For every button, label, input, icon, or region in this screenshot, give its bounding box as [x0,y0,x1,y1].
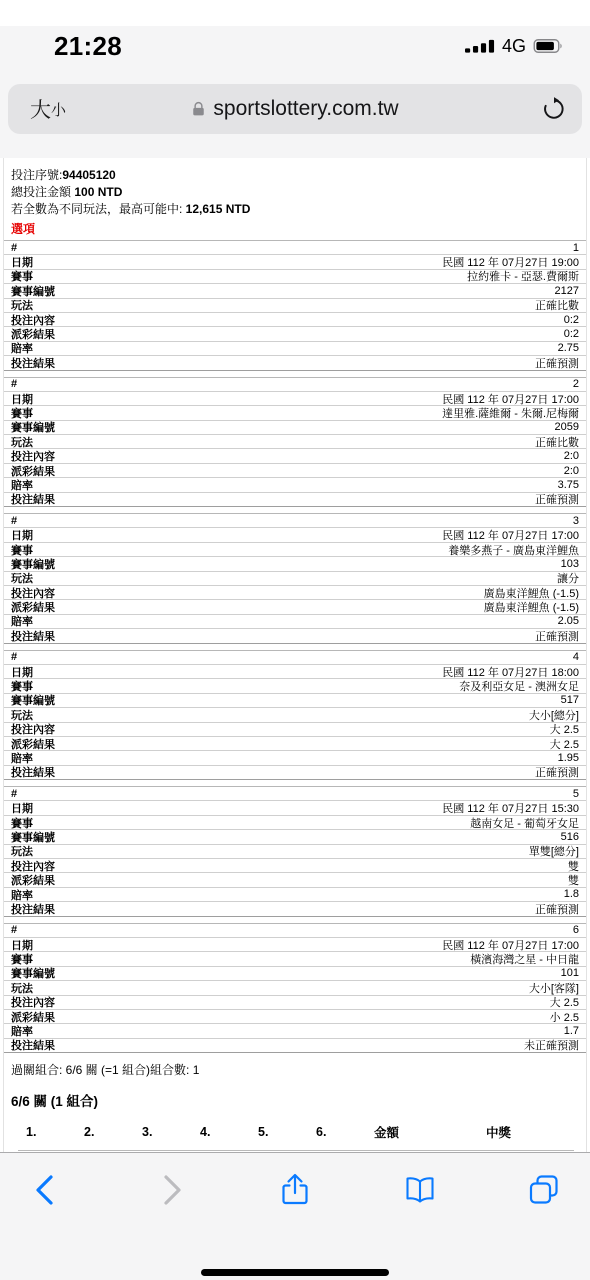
field-label: 賠率 [11,615,33,629]
total-line: 總投注金額 100 NTD [4,184,586,201]
field-label: 日期 [11,665,33,679]
combo-col-header: 3. [142,1125,200,1139]
total-value: 100 NTD [74,185,122,199]
text-size-big-label: 大 [30,94,51,124]
parlay-summary-line: 過關組合: 6/6 關 (=1 組合)組合數: 1 [4,1061,586,1078]
field-label: 賽事編號 [11,284,55,298]
bet-block-2: #2 日期民國 112 年 07月27日 17:00 賽事達里雅.薩維爾 - 朱… [4,377,586,508]
field-value: 1.8 [564,888,579,900]
combo-col-header: 金額 [374,1123,486,1141]
field-value: 廣島東洋鯉魚 (-1.5) [484,600,579,614]
serial-label: 投注序號: [11,168,62,182]
field-value: 達里雅.薩維爾 - 朱爾.尼梅爾 [442,406,579,420]
field-label: # [11,924,17,936]
field-value: 1 [573,242,579,254]
combo-col-header: 6. [316,1125,374,1139]
field-value: 正確預測 [535,629,579,643]
field-label: 日期 [11,255,33,269]
field-value: 517 [561,694,579,706]
field-label: # [11,515,17,527]
combo-table-header: 1. 2. 3. 4. 5. 6. 金額 中獎 [4,1110,586,1150]
bet-report: 投注序號:94405120 總投注金額 100 NTD 若全數為不同玩法，最高可… [3,158,587,1152]
field-label: 賽事 [11,816,33,830]
signal-strength-icon [465,39,495,53]
field-label: 玩法 [11,845,33,859]
field-label: 賽事編號 [11,557,55,571]
home-indicator[interactable] [201,1269,389,1276]
field-label: 賠率 [11,478,33,492]
field-label: 派彩結果 [11,737,55,751]
text-size-small-label: 小 [51,99,66,120]
bet-block-3: #3 日期民國 112 年 07月27日 17:00 賽事養樂多燕子 - 廣島東… [4,513,586,644]
address-bar[interactable]: 大小 sportslottery.com.tw [8,84,582,134]
field-value: 0:2 [564,314,579,326]
tabs-icon [526,1172,562,1208]
field-label: 玩法 [11,299,33,313]
max-win-label: 若全數為不同玩法，最高可能中: [11,202,186,216]
field-value: 2 [573,378,579,390]
field-label: 派彩結果 [11,327,55,341]
field-value: 3 [573,515,579,527]
field-label: 派彩結果 [11,873,55,887]
field-label: 賽事 [11,543,33,557]
field-label: # [11,378,17,390]
field-label: 日期 [11,801,33,815]
field-value: 2059 [555,421,579,433]
field-value: 大 2.5 [550,723,579,737]
reload-button[interactable] [542,97,566,121]
max-win-line: 若全數為不同玩法，最高可能中: 12,615 NTD [4,201,586,218]
serial-value: 94405120 [62,168,115,182]
field-value: 3.75 [558,479,579,491]
combo-col-header: 4. [200,1125,258,1139]
field-value: 正確比數 [535,435,579,449]
field-label: 玩法 [11,981,33,995]
share-icon [277,1172,313,1208]
field-value: 雙 [568,859,579,873]
field-label: 派彩結果 [11,464,55,478]
field-value: 小 2.5 [550,1010,579,1024]
field-value: 民國 112 年 07月27日 18:00 [442,665,579,679]
field-value: 民國 112 年 07月27日 19:00 [442,255,579,269]
field-label: 投注內容 [11,996,55,1010]
field-label: 投注結果 [11,356,55,370]
bet-block-4: #4 日期民國 112 年 07月27日 18:00 賽事奈及利亞女足 - 澳洲… [4,650,586,781]
field-value: 5 [573,788,579,800]
browser-bottom-toolbar [0,1152,590,1280]
field-value: 民國 112 年 07月27日 17:00 [442,938,579,952]
field-value: 養樂多燕子 - 廣島東洋鯉魚 [448,543,579,557]
field-value: 正確預測 [535,493,579,507]
serial-line: 投注序號:94405120 [4,167,586,184]
field-value: 正確預測 [535,902,579,916]
field-value: 單雙[總分] [529,845,579,859]
field-value: 奈及利亞女足 - 澳洲女足 [459,679,579,693]
field-label: 投注結果 [11,766,55,780]
field-value: 2:0 [564,465,579,477]
url-text: sportslottery.com.tw [213,97,398,121]
field-label: 投注結果 [11,629,55,643]
field-value: 未正確預測 [524,1039,579,1053]
max-win-value: 12,615 NTD [186,202,251,216]
field-label: 賽事編號 [11,694,55,708]
total-label: 總投注金額 [11,185,74,199]
combo-col-header: 5. [258,1125,316,1139]
field-label: 玩法 [11,708,33,722]
combo-col-header: 中獎 [486,1123,586,1141]
field-label: 賽事 [11,952,33,966]
status-time: 21:28 [54,31,122,62]
field-value: 正確預測 [535,356,579,370]
field-value: 4 [573,651,579,663]
open-book-icon [402,1172,438,1208]
share-button[interactable] [277,1172,313,1208]
lock-icon [191,100,206,118]
bet-block-6: #6 日期民國 112 年 07月27日 17:00 賽事橫濱海灣之星 - 中日… [4,923,586,1054]
chevron-right-icon [153,1172,189,1208]
field-label: 日期 [11,938,33,952]
combo-col-header: 2. [84,1125,142,1139]
field-label: 賠率 [11,751,33,765]
combo-col-header: 1. [26,1125,84,1139]
field-label: # [11,788,17,800]
options-heading: 選項 [4,221,586,238]
field-label: 賽事 [11,679,33,693]
field-label: 投注內容 [11,449,55,463]
battery-icon [533,39,564,53]
field-value: 大小[客隊] [529,981,579,995]
field-label: 投注內容 [11,313,55,327]
field-value: 101 [561,967,579,979]
field-label: 投注結果 [11,902,55,916]
field-label: 賠率 [11,888,33,902]
field-value: 正確預測 [535,766,579,780]
forward-button[interactable] [153,1172,189,1208]
field-label: 賠率 [11,342,33,356]
field-value: 民國 112 年 07月27日 17:00 [442,392,579,406]
reload-icon [542,97,566,121]
text-size-button[interactable]: 大小 [30,84,66,134]
field-value: 民國 112 年 07月27日 15:30 [442,801,579,815]
field-label: # [11,651,17,663]
field-label: 日期 [11,392,33,406]
field-label: # [11,242,17,254]
bet-block-5: #5 日期民國 112 年 07月27日 15:30 賽事越南女足 - 葡萄牙女… [4,786,586,917]
network-type-label: 4G [502,36,526,57]
combo-heading: 6/6 關 (1 組合) [4,1090,586,1110]
field-value: 大小[總分] [529,708,579,722]
field-label: 玩法 [11,572,33,586]
tabs-button[interactable] [526,1172,562,1208]
field-value: 大 2.5 [550,996,579,1010]
field-value: 1.7 [564,1025,579,1037]
field-label: 賽事編號 [11,421,55,435]
field-value: 正確比數 [535,299,579,313]
status-bar: 21:28 4G [0,26,590,66]
field-label: 日期 [11,528,33,542]
field-value: 6 [573,924,579,936]
bet-block-1: #1 日期民國 112 年 07月27日 19:00 賽事拉約雅卡 - 亞瑟.費… [4,240,586,371]
field-label: 投注結果 [11,1039,55,1053]
field-value: 1.95 [558,752,579,764]
field-label: 投注內容 [11,723,55,737]
chevron-left-icon [28,1172,64,1208]
field-value: 2.05 [558,615,579,627]
field-value: 2127 [555,285,579,297]
field-label: 派彩結果 [11,1010,55,1024]
field-value: 越南女足 - 葡萄牙女足 [470,816,579,830]
field-label: 賽事 [11,406,33,420]
back-button[interactable] [28,1172,64,1208]
field-value: 橫濱海灣之星 - 中日龍 [470,952,579,966]
field-value: 516 [561,831,579,843]
field-value: 廣島東洋鯉魚 (-1.5) [484,586,579,600]
field-value: 大 2.5 [550,737,579,751]
field-value: 0:2 [564,328,579,340]
field-value: 讓分 [557,572,579,586]
field-label: 賠率 [11,1024,33,1038]
field-label: 玩法 [11,435,33,449]
field-label: 投注內容 [11,859,55,873]
bookmarks-button[interactable] [402,1172,438,1208]
field-label: 投注結果 [11,493,55,507]
field-label: 賽事編號 [11,830,55,844]
field-value: 拉約雅卡 - 亞瑟.費爾斯 [467,270,579,284]
field-value: 2.75 [558,342,579,354]
field-value: 2:0 [564,450,579,462]
field-label: 賽事編號 [11,967,55,981]
field-value: 103 [561,558,579,570]
field-value: 民國 112 年 07月27日 17:00 [442,528,579,542]
field-label: 賽事 [11,270,33,284]
field-value: 雙 [568,873,579,887]
page-content: 投注序號:94405120 總投注金額 100 NTD 若全數為不同玩法，最高可… [0,158,590,1152]
field-label: 派彩結果 [11,600,55,614]
field-label: 投注內容 [11,586,55,600]
